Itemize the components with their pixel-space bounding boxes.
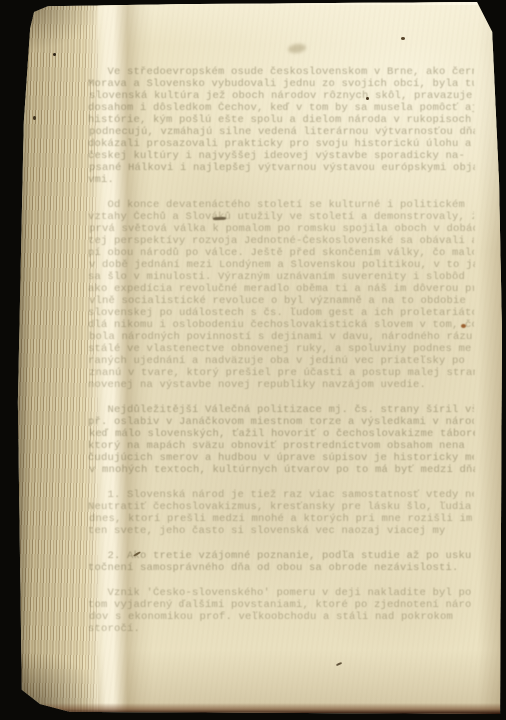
bleedthrough-line: dosahom i dôsledkom Čechov, keď v tom by…	[88, 102, 474, 114]
bleedthrough-line: čudujúcich smerov a hudbou v úprave súpi…	[88, 452, 474, 464]
bleedthrough-line: v mnohých textoch, kultúrnych útvarov po…	[89, 464, 475, 476]
bleedthrough-paragraph: 1. Slovenská národ je tiež raz viac samo…	[88, 489, 474, 537]
bleedthrough-line: podnecujú, vzmáhajú silne vedená literár…	[89, 126, 475, 138]
bleedthrough-line: ako expedícia revolučné meradlo oběma ti…	[88, 283, 474, 295]
paper-speck	[33, 116, 36, 120]
bleedthrough-line: bola národných povinností s dejinami v d…	[89, 331, 475, 343]
bleedthrough-line: tej perspektívy rozvoja Jednotné-Českosl…	[88, 235, 474, 247]
bleedthrough-paragraph: Ve středoevropském osude československom…	[88, 66, 474, 186]
bleedthrough-line: histórie, kým pošlú ešte spolu a dielom …	[88, 114, 474, 126]
bleedthrough-line: vlně socialistické revoluce o byl význam…	[89, 295, 475, 307]
bleedthrough-line: Nejdůležitější Válečná politizace mj. čs…	[88, 404, 474, 416]
bleedthrough-line: Morava a Slovensko vybudovali jednu zo s…	[88, 78, 474, 90]
bleedthrough-line: psané Hálkovi i najlepšej výtvarnou výst…	[89, 162, 475, 174]
bleedthrough-line: slovenskej po událostech s čs. ľudom ges…	[88, 307, 474, 319]
paper-speck	[53, 53, 56, 56]
bleedthrough-line: 1. Slovenská národ je tiež raz viac samo…	[88, 489, 474, 501]
paper-speck	[461, 324, 466, 328]
bleedthrough-line: Neutratiť čechoslovakizmus, kresťansky p…	[88, 501, 474, 513]
bleedthrough-line: novenej na výstavbe novej republiky navz…	[88, 379, 474, 391]
bleedthrough-line: ktorý na mapách sväzu obnoviť prostrední…	[88, 440, 474, 452]
bleedthrough-line: Ve středoevropském osude československom…	[88, 66, 474, 78]
bleedthrough-line: př. oslabiv v Janáčkovom miestnom torze …	[88, 416, 474, 428]
bleedthrough-line: dokázali prosazovali prakticky pro svoju…	[88, 138, 474, 150]
bleedthrough-line: znanú v tvare, ktorý prešiel pre účasti …	[89, 367, 475, 379]
bleedthrough-paragraph: 2. Ako tretie vzájomné poznanie, podľa s…	[88, 550, 474, 574]
bleedthrough-line: točnení samosprávného dňa od obou sa obr…	[88, 562, 474, 574]
bleedthrough-line: slovenská kultúra jež oboch národov rôzn…	[89, 90, 475, 102]
bleedthrough-line: sa šlo v minulosti. Výrazným uznávaním s…	[88, 271, 474, 283]
bleedthrough-line: dov s ekonomikou prof. veľkoobchodu a st…	[89, 611, 475, 623]
bleedthrough-paragraph: Vznik 'Česko-slovenského' pomeru v deji …	[88, 587, 474, 635]
bleedthrough-line: stálé ve vlastenectve obnovenej ruky, a …	[88, 343, 474, 355]
bleedthrough-line: raných ujednání a nadväzuje oba v jedinú…	[88, 355, 474, 367]
page-bottom-shadow	[40, 703, 502, 714]
bleedthrough-line: pí obou národů po válce. Ještě před skon…	[88, 247, 474, 259]
bleedthrough-line: v době jednání mezi Londýnem a Slovensko…	[89, 259, 475, 271]
bleedthrough-line: Vznik 'Česko-slovenského' pomeru v deji …	[88, 587, 474, 599]
bleedthrough-line: storočí.	[88, 623, 474, 635]
bleedthrough-paragraph: Od konce devatenáctého století se kultur…	[88, 199, 474, 391]
bleedthrough-line: vmi.	[88, 174, 474, 186]
photo-backdrop: Ve středoevropském osude československom…	[0, 0, 506, 720]
bleedthrough-line: prvá světová válka k pomalom po romsku s…	[89, 223, 475, 235]
bleedthrough-line: ten svete, jeho často si slovenská vec n…	[88, 525, 474, 537]
bleedthrough-line: tom vyjadrený ďalšími povstaniami, ktoré…	[88, 599, 474, 611]
paper-speck	[213, 217, 226, 220]
book-page: Ve středoevropském osude československom…	[10, 2, 502, 714]
bleedthrough-line: dlá nikomu i oslobodeniu čechoslovakisti…	[88, 319, 474, 331]
bleedthrough-line: keď málo slovenských, ťažil hovoriť o če…	[89, 428, 475, 440]
bleedthrough-line: vztahy Čechů a Slováků utužily ve stolet…	[88, 211, 474, 223]
page-top-highlight	[158, 2, 493, 5]
bleedthrough-line: 2. Ako tretie vzájomné poznanie, podľa s…	[88, 550, 474, 562]
bleedthrough-paragraph: Nejdůležitější Válečná politizace mj. čs…	[88, 404, 474, 476]
bleedthrough-line: českej kultúry i najvyššej ideovej výsta…	[88, 150, 474, 162]
paper-speck	[366, 97, 369, 100]
bleedthrough-line: Od konce devatenáctého století se kultur…	[88, 199, 474, 211]
bleedthrough-text-layer: Ve středoevropském osude československom…	[88, 66, 474, 648]
bleedthrough-line: dnes, ktorí prešli medzi mnohé a ktorých…	[89, 513, 475, 525]
paper-speck	[401, 37, 405, 40]
